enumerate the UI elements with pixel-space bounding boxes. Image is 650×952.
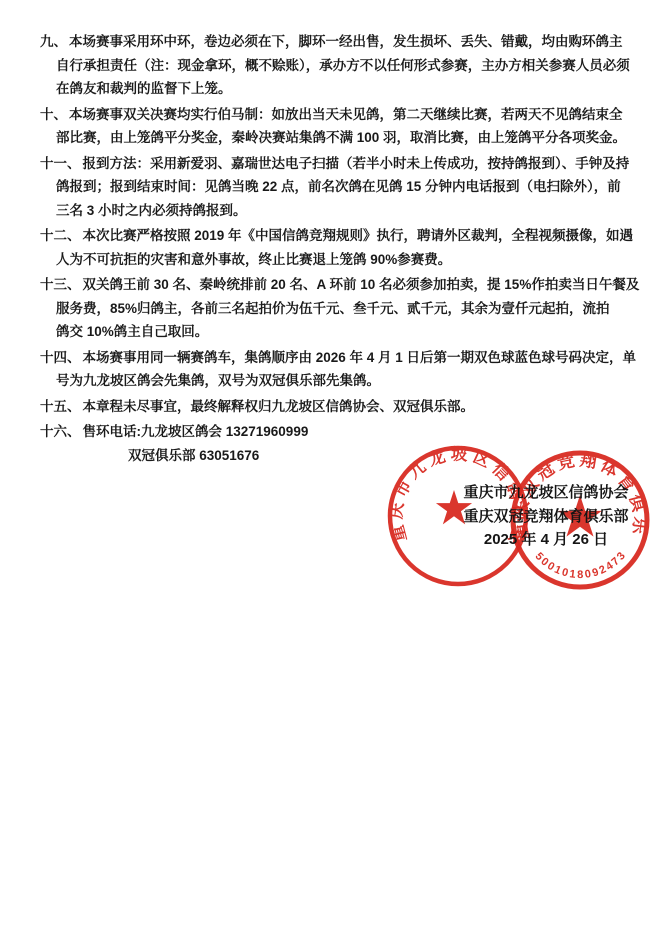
signature-org-club: 重庆双冠竞翔体育俱乐部 [450,505,642,529]
rule-line: 鸽交 10%鸽主自己取回。 [40,320,624,344]
rule-text: 本场赛事采用环中环，卷边必须在下，脚环一经出售，发生损坏、丢失、错戴，均由购环鸽… [69,34,623,49]
rule-line: 十四、本场赛事用同一辆赛鸽车，集鸽顺序由 2026 年 4 月 1 日后第一期双… [40,346,624,370]
rule-line: 服务费，85%归鸽主，各前三名起拍价为伍千元、叁千元、贰千元，其余为壹仟元起拍，… [40,297,624,321]
rule-text: 售环电话:九龙坡区鸽会 13271960999 [83,424,309,439]
rule-text: 本次比赛严格按照 2019 年《中国信鸽竞翔规则》执行，聘请外区裁判，全程视频摄… [83,228,634,243]
rule-number: 十四、 [40,350,83,365]
rule-number: 十六、 [40,424,83,439]
rule-line: 人为不可抗拒的灾害和意外事故，终止比赛退上笼鸽 90%参赛费。 [40,248,624,272]
rule-item: 十二、本次比赛严格按照 2019 年《中国信鸽竞翔规则》执行，聘请外区裁判，全程… [40,224,624,271]
rule-line: 十三、双关鸽王前 30 名、秦岭统排前 20 名、A 环前 10 名必须参加拍卖… [40,273,624,297]
rule-text: 双关鸽王前 30 名、秦岭统排前 20 名、A 环前 10 名必须参加拍卖，提 … [83,277,640,292]
rule-text: 本场赛事双关决赛均实行伯马制：如放出当天未见鸽，第二天继续比赛，若两天不见鸽结束… [69,107,623,122]
rule-number: 十一、 [40,156,83,171]
rule-line: 部比赛，由上笼鸽平分奖金，秦岭决赛站集鸽不满 100 羽，取消比赛，由上笼鸽平分… [40,126,624,150]
rule-line: 十、本场赛事双关决赛均实行伯马制：如放出当天未见鸽，第二天继续比赛，若两天不见鸽… [40,103,624,127]
rule-number: 十、 [40,107,69,122]
rule-item: 十一、报到方法：采用新爱羽、嘉瑞世达电子扫描（若半小时未上传成功，按持鸽报到）、… [40,152,624,223]
rule-line: 自行承担责任（注：现金拿环，概不赊账），承办方不以任何形式参赛，主办方相关参赛人… [40,54,624,78]
rule-item: 十四、本场赛事用同一辆赛鸽车，集鸽顺序由 2026 年 4 月 1 日后第一期双… [40,346,624,393]
rule-number: 九、 [40,34,69,49]
signature-block: 重庆市九龙坡区信鸽协会 重庆双冠竞翔体育俱乐部 2025 年 4 月 26 日 [450,481,642,552]
rule-line: 十二、本次比赛严格按照 2019 年《中国信鸽竞翔规则》执行，聘请外区裁判，全程… [40,224,624,248]
rule-text: 本章程未尽事宜，最终解释权归九龙坡区信鸽协会、双冠俱乐部。 [83,399,475,414]
signature-date: 2025 年 4 月 26 日 [450,528,642,552]
rule-number: 十二、 [40,228,83,243]
rule-item: 九、本场赛事采用环中环，卷边必须在下，脚环一经出售，发生损坏、丢失、错戴，均由购… [40,30,624,101]
rule-line: 十五、本章程未尽事宜，最终解释权归九龙坡区信鸽协会、双冠俱乐部。 [40,395,624,419]
rule-item: 十五、本章程未尽事宜，最终解释权归九龙坡区信鸽协会、双冠俱乐部。 [40,395,624,419]
rule-line: 九、本场赛事采用环中环，卷边必须在下，脚环一经出售，发生损坏、丢失、错戴，均由购… [40,30,624,54]
rule-line: 鸽报到；报到结束时间：见鸽当晚 22 点，前名次鸽在见鸽 15 分钟内电话报到（… [40,175,624,199]
rule-line: 十一、报到方法：采用新爱羽、嘉瑞世达电子扫描（若半小时未上传成功，按持鸽报到）、… [40,152,624,176]
rule-line: 在鸽友和裁判的监督下上笼。 [40,77,624,101]
signature-org-association: 重庆市九龙坡区信鸽协会 [450,481,642,505]
rule-text: 报到方法：采用新爱羽、嘉瑞世达电子扫描（若半小时未上传成功，按持鸽报到）、手钟及… [83,156,630,171]
rule-item: 十三、双关鸽王前 30 名、秦岭统排前 20 名、A 环前 10 名必须参加拍卖… [40,273,624,344]
rule-line: 号为九龙坡区鸽会先集鸽，双号为双冠俱乐部先集鸽。 [40,369,624,393]
rule-number: 十五、 [40,399,83,414]
rule-item: 十、本场赛事双关决赛均实行伯马制：如放出当天未见鸽，第二天继续比赛，若两天不见鸽… [40,103,624,150]
rule-text: 本场赛事用同一辆赛鸽车，集鸽顺序由 2026 年 4 月 1 日后第一期双色球蓝… [83,350,637,365]
document-body: 九、本场赛事采用环中环，卷边必须在下，脚环一经出售，发生损坏、丢失、错戴，均由购… [40,30,624,469]
rule-line: 十六、售环电话:九龙坡区鸽会 13271960999 [40,420,624,444]
rule-line: 三名 3 小时之内必须持鸽报到。 [40,199,624,223]
rule-number: 十三、 [40,277,83,292]
